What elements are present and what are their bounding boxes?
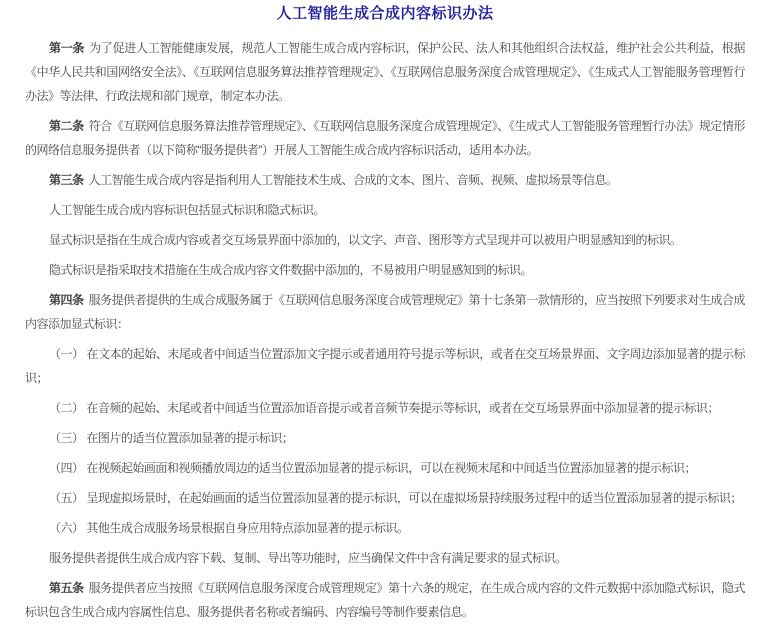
article-number: 第五条 — [49, 581, 84, 595]
article-number: 第四条 — [49, 293, 84, 307]
paragraph: 服务提供者提供生成合成内容下载、复制、导出等功能时，应当确保文件中含有满足要求的… — [25, 546, 745, 570]
paragraph: （三） 在图片的适当位置添加显著的提示标识； — [25, 426, 745, 450]
paragraph-text: （四） 在视频起始画面和视频播放周边的适当位置添加显著的提示标识，可以在视频末尾… — [49, 461, 696, 475]
paragraph-text: 人工智能生成合成内容标识包括显式标识和隐式标识。 — [49, 203, 325, 217]
paragraph: 隐式标识是指采取技术措施在生成合成内容文件数据中添加的，不易被用户明显感知到的标… — [25, 258, 745, 282]
article-number: 第一条 — [49, 41, 84, 55]
paragraph-text: （六） 其他生成合成服务场景根据自身应用特点添加显著的提示标识。 — [49, 521, 408, 535]
paragraph: 人工智能生成合成内容标识包括显式标识和隐式标识。 — [25, 198, 745, 222]
paragraph-text: 隐式标识是指采取技术措施在生成合成内容文件数据中添加的，不易被用户明显感知到的标… — [49, 263, 532, 277]
paragraph-text: （五） 呈现虚拟场景时，在起始画面的适当位置添加显著的提示标识，可以在虚拟场景持… — [49, 491, 742, 505]
document-body: 第一条为了促进人工智能健康发展，规范人工智能生成合成内容标识，保护公民、法人和其… — [25, 36, 745, 624]
paragraph-text: 服务提供者应当按照《互联网信息服务深度合成管理规定》第十六条的规定，在生成合成内… — [25, 581, 745, 619]
article-paragraph: 第五条服务提供者应当按照《互联网信息服务深度合成管理规定》第十六条的规定，在生成… — [25, 576, 745, 624]
paragraph-text: 为了促进人工智能健康发展，规范人工智能生成合成内容标识，保护公民、法人和其他组织… — [25, 41, 745, 103]
paragraph-text: 服务提供者提供的生成合成服务属于《互联网信息服务深度合成管理规定》第十七条第一款… — [25, 293, 745, 331]
paragraph: （四） 在视频起始画面和视频播放周边的适当位置添加显著的提示标识，可以在视频末尾… — [25, 456, 745, 480]
article-paragraph: 第二条符合《互联网信息服务算法推荐管理规定》、《互联网信息服务深度合成管理规定》… — [25, 114, 745, 162]
document-title: 人工智能生成合成内容标识办法 — [25, 4, 745, 24]
paragraph-text: 显式标识是指在生成合成内容或者交互场景界面中添加的，以文字、声音、图形等方式呈现… — [49, 233, 682, 247]
paragraph: 显式标识是指在生成合成内容或者交互场景界面中添加的，以文字、声音、图形等方式呈现… — [25, 228, 745, 252]
paragraph-text: （一） 在文本的起始、末尾或者中间适当位置添加文字提示或者通用符号提示等标识，或… — [25, 347, 745, 385]
paragraph: （二） 在音频的起始、末尾或者中间适当位置添加语音提示或者音频节奏提示等标识，或… — [25, 396, 745, 420]
paragraph-text: 符合《互联网信息服务算法推荐管理规定》、《互联网信息服务深度合成管理规定》、《生… — [25, 119, 745, 157]
paragraph: （六） 其他生成合成服务场景根据自身应用特点添加显著的提示标识。 — [25, 516, 745, 540]
paragraph-text: （三） 在图片的适当位置添加显著的提示标识； — [49, 431, 293, 445]
paragraph-text: 人工智能生成合成内容是指利用人工智能技术生成、合成的文本、图片、音频、视频、虚拟… — [89, 173, 618, 187]
paragraph: （五） 呈现虚拟场景时，在起始画面的适当位置添加显著的提示标识，可以在虚拟场景持… — [25, 486, 745, 510]
article-paragraph: 第四条服务提供者提供的生成合成服务属于《互联网信息服务深度合成管理规定》第十七条… — [25, 288, 745, 336]
article-paragraph: 第一条为了促进人工智能健康发展，规范人工智能生成合成内容标识，保护公民、法人和其… — [25, 36, 745, 108]
article-paragraph: 第三条人工智能生成合成内容是指利用人工智能技术生成、合成的文本、图片、音频、视频… — [25, 168, 745, 192]
paragraph: （一） 在文本的起始、末尾或者中间适当位置添加文字提示或者通用符号提示等标识，或… — [25, 342, 745, 390]
article-number: 第二条 — [49, 119, 84, 133]
document-page: 人工智能生成合成内容标识办法 第一条为了促进人工智能健康发展，规范人工智能生成合… — [0, 0, 768, 624]
paragraph-text: 服务提供者提供生成合成内容下载、复制、导出等功能时，应当确保文件中含有满足要求的… — [49, 551, 567, 565]
article-number: 第三条 — [49, 173, 84, 187]
paragraph-text: （二） 在音频的起始、末尾或者中间适当位置添加语音提示或者音频节奏提示等标识，或… — [49, 401, 719, 415]
